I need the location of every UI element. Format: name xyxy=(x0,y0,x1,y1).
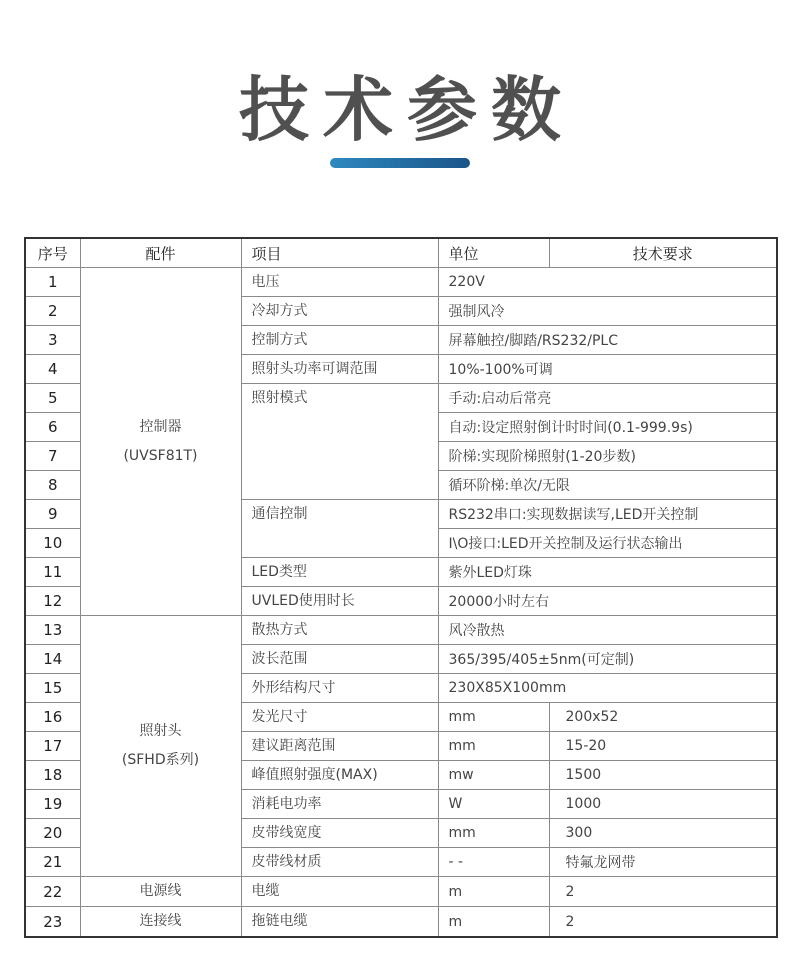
table-row: 22 电源线 电缆 m 2 xyxy=(25,877,777,907)
row-item: 电压 xyxy=(241,268,438,297)
part-name: 照射头 xyxy=(81,717,241,746)
row-value: 1500 xyxy=(549,761,777,790)
row-value: 15-20 xyxy=(549,732,777,761)
row-item: 电缆 xyxy=(241,877,438,907)
row-no: 9 xyxy=(25,500,80,529)
row-item: 建议距离范围 xyxy=(241,732,438,761)
row-value: 特氟龙网带 xyxy=(549,848,777,877)
row-value: 阶梯:实现阶梯照射(1-20步数) xyxy=(438,442,777,471)
row-value: 365/395/405±5nm(可定制) xyxy=(438,645,777,674)
row-value: 230X85X100mm xyxy=(438,674,777,703)
row-unit: mm xyxy=(438,732,549,761)
row-no: 13 xyxy=(25,616,80,645)
row-value: 手动:启动后常亮 xyxy=(438,384,777,413)
part-model: (UVSF81T) xyxy=(81,442,241,471)
row-value: 20000小时左右 xyxy=(438,587,777,616)
row-unit: mw xyxy=(438,761,549,790)
row-item: 拖链电缆 xyxy=(241,907,438,938)
row-value: 风冷散热 xyxy=(438,616,777,645)
row-value: 强制风冷 xyxy=(438,297,777,326)
title-underline-bar xyxy=(330,158,470,168)
header-no: 序号 xyxy=(25,238,80,268)
row-value: 2 xyxy=(549,877,777,907)
row-no: 14 xyxy=(25,645,80,674)
part-connect-cable: 连接线 xyxy=(80,907,241,938)
row-no: 17 xyxy=(25,732,80,761)
row-no: 22 xyxy=(25,877,80,907)
row-value: 1000 xyxy=(549,790,777,819)
header-unit: 单位 xyxy=(438,238,549,268)
row-value: I\O接口:LED开关控制及运行状态输出 xyxy=(438,529,777,558)
row-no: 2 xyxy=(25,297,80,326)
row-value: 300 xyxy=(549,819,777,848)
row-unit: mm xyxy=(438,819,549,848)
table-row: 13 照射头 (SFHD系列) 散热方式 风冷散热 xyxy=(25,616,777,645)
row-item: LED类型 xyxy=(241,558,438,587)
row-no: 16 xyxy=(25,703,80,732)
row-unit: mm xyxy=(438,703,549,732)
table-row: 23 连接线 拖链电缆 m 2 xyxy=(25,907,777,938)
table-header-row: 序号 配件 项目 单位 技术要求 xyxy=(25,238,777,268)
row-no: 15 xyxy=(25,674,80,703)
row-item: 控制方式 xyxy=(241,326,438,355)
part-model: (SFHD系列) xyxy=(81,746,241,775)
row-no: 19 xyxy=(25,790,80,819)
row-no: 10 xyxy=(25,529,80,558)
row-no: 7 xyxy=(25,442,80,471)
row-no: 18 xyxy=(25,761,80,790)
row-item: 冷却方式 xyxy=(241,297,438,326)
row-item: 波长范围 xyxy=(241,645,438,674)
row-no: 21 xyxy=(25,848,80,877)
row-item: 峰值照射强度(MAX) xyxy=(241,761,438,790)
row-item: 皮带线材质 xyxy=(241,848,438,877)
row-unit: m xyxy=(438,877,549,907)
row-item: 照射头功率可调范围 xyxy=(241,355,438,384)
row-item: 发光尺寸 xyxy=(241,703,438,732)
row-no: 6 xyxy=(25,413,80,442)
header-part: 配件 xyxy=(80,238,241,268)
row-no: 1 xyxy=(25,268,80,297)
row-value: 自动:设定照射倒计时时间(0.1-999.9s) xyxy=(438,413,777,442)
part-controller: 控制器 (UVSF81T) xyxy=(80,268,241,616)
row-value: RS232串口:实现数据读写,LED开关控制 xyxy=(438,500,777,529)
row-no: 23 xyxy=(25,907,80,938)
row-item: 通信控制 xyxy=(241,500,438,558)
row-item: 照射模式 xyxy=(241,384,438,500)
row-item: 散热方式 xyxy=(241,616,438,645)
row-value: 220V xyxy=(438,268,777,297)
row-value: 200x52 xyxy=(549,703,777,732)
row-no: 20 xyxy=(25,819,80,848)
row-unit: W xyxy=(438,790,549,819)
spec-table: 序号 配件 项目 单位 技术要求 1 控制器 (UVSF81T) 电压 220V… xyxy=(24,237,778,938)
row-unit: - - xyxy=(438,848,549,877)
row-no: 3 xyxy=(25,326,80,355)
row-item: 皮带线宽度 xyxy=(241,819,438,848)
row-value: 紫外LED灯珠 xyxy=(438,558,777,587)
row-value: 2 xyxy=(549,907,777,938)
row-value: 屏幕触控/脚踏/RS232/PLC xyxy=(438,326,777,355)
part-head: 照射头 (SFHD系列) xyxy=(80,616,241,877)
row-no: 8 xyxy=(25,471,80,500)
row-no: 12 xyxy=(25,587,80,616)
row-item: UVLED使用时长 xyxy=(241,587,438,616)
row-value: 循环阶梯:单次/无限 xyxy=(438,471,777,500)
row-unit: m xyxy=(438,907,549,938)
row-no: 5 xyxy=(25,384,80,413)
part-power-cable: 电源线 xyxy=(80,877,241,907)
row-no: 4 xyxy=(25,355,80,384)
row-item: 外形结构尺寸 xyxy=(241,674,438,703)
table-row: 1 控制器 (UVSF81T) 电压 220V xyxy=(25,268,777,297)
row-no: 11 xyxy=(25,558,80,587)
header-item: 项目 xyxy=(241,238,438,268)
row-value: 10%-100%可调 xyxy=(438,355,777,384)
page-title: 技术参数 xyxy=(0,68,800,152)
header-requirement: 技术要求 xyxy=(549,238,777,268)
row-item: 消耗电功率 xyxy=(241,790,438,819)
part-name: 控制器 xyxy=(81,413,241,442)
